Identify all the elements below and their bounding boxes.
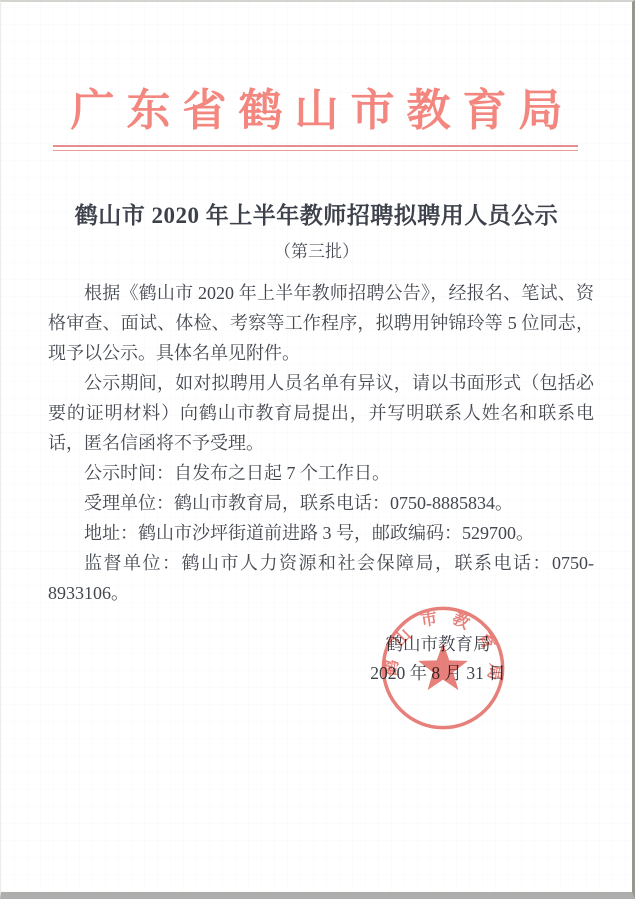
doc-body: 根据《鹤山市 2020 年上半年教师招聘公告》，经报名、笔试、资格审查、面试、体… <box>48 278 594 608</box>
line-address: 地址：鹤山市沙坪街道前进路 3 号，邮政编码：529700。 <box>48 518 594 548</box>
letterhead-divider <box>53 145 578 151</box>
line-publicity-time: 公示时间：自发布之日起 7 个工作日。 <box>48 458 594 488</box>
line-supervising-unit: 监督单位：鹤山市人力资源和社会保障局，联系电话：0750-8933106。 <box>48 548 594 608</box>
scanned-document-page: 广东省鹤山市教育局 鹤山市 2020 年上半年教师招聘拟聘用人员公示 （第三批）… <box>0 0 635 899</box>
paragraph-intro: 根据《鹤山市 2020 年上半年教师招聘公告》，经报名、笔试、资格审查、面试、体… <box>48 278 594 368</box>
seal-star <box>418 643 468 690</box>
letterhead-title: 广东省鹤山市教育局 <box>1 84 632 138</box>
line-accepting-unit: 受理单位：鹤山市教育局，联系电话：0750-8885834。 <box>48 488 594 518</box>
paragraph-objection: 公示期间，如对拟聘用人员名单有异议，请以书面形式（包括必要的证明材料）向鹤山市教… <box>48 368 594 458</box>
doc-title: 鹤山市 2020 年上半年教师招聘拟聘用人员公示 <box>21 200 612 232</box>
official-seal: 鹤山市教育局 <box>379 604 507 732</box>
doc-subtitle: （第三批） <box>1 241 632 263</box>
